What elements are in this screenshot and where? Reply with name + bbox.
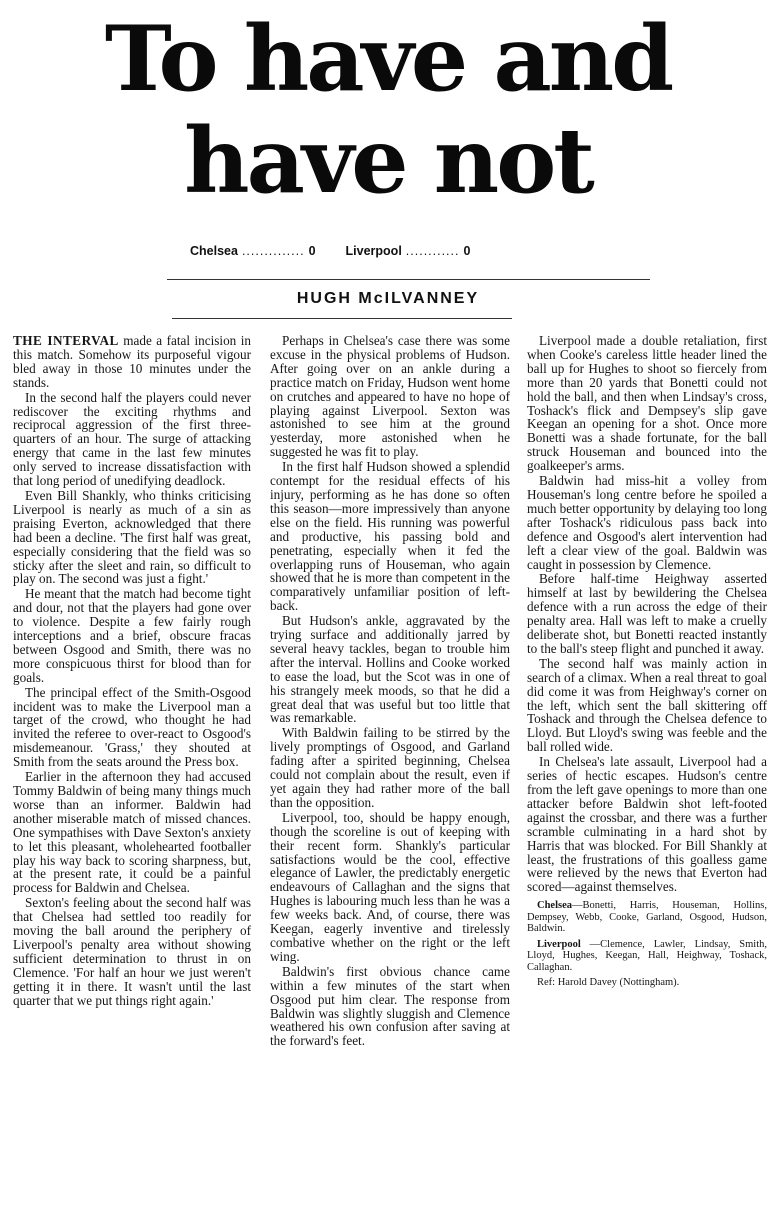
- referee: Ref: Harold Davey (Nottingham).: [527, 977, 767, 989]
- paragraph: Liverpool made a double retaliation, fir…: [527, 334, 767, 473]
- article-column-3: Liverpool made a double retaliation, fir…: [527, 334, 767, 993]
- team-lineups: Chelsea—Bonetti, Harris, Houseman, Holli…: [527, 900, 767, 989]
- article-column-2: Perhaps in Chelsea's case there was some…: [270, 334, 510, 1049]
- home-team-name: Chelsea: [190, 244, 238, 258]
- match-score: Chelsea .............. 0 Liverpool .....…: [190, 244, 630, 258]
- paragraph: THE INTERVAL made a fatal incision in th…: [13, 334, 251, 390]
- headline-line-1: To have and: [0, 8, 776, 110]
- byline: HUGH McILVANNEY: [0, 290, 776, 308]
- paragraph: With Baldwin failing to be stirred by th…: [270, 726, 510, 809]
- home-team-score: Chelsea .............. 0: [190, 244, 316, 258]
- paragraph: Liverpool, too, should be happy enough, …: [270, 811, 510, 964]
- away-team-name: Liverpool: [346, 244, 402, 258]
- headline: To have and have not: [0, 0, 776, 212]
- paragraph: In the second half the players could nev…: [13, 391, 251, 488]
- away-team-score: Liverpool ............ 0: [346, 244, 471, 258]
- divider-top: [167, 279, 650, 280]
- paragraph: He meant that the match had become tight…: [13, 587, 251, 684]
- headline-line-2: have not: [0, 110, 776, 212]
- paragraph: Sexton's feeling about the second half w…: [13, 896, 251, 1007]
- liverpool-lineup: Liverpool —Clemence, Lawler, Lindsay, Sm…: [527, 939, 767, 974]
- paragraph: Baldwin had miss-hit a volley from House…: [527, 474, 767, 571]
- paragraph: Perhaps in Chelsea's case there was some…: [270, 334, 510, 459]
- paragraph: But Hudson's ankle, aggravated by the tr…: [270, 614, 510, 725]
- paragraph: Before half-time Heighway asserted himse…: [527, 572, 767, 655]
- paragraph: In the first half Hudson showed a splend…: [270, 460, 510, 613]
- away-score: 0: [463, 244, 470, 258]
- paragraph: In Chelsea's late assault, Liverpool had…: [527, 755, 767, 894]
- paragraph: Even Bill Shankly, who thinks criticisin…: [13, 489, 251, 586]
- home-score: 0: [309, 244, 316, 258]
- chelsea-lineup: Chelsea—Bonetti, Harris, Houseman, Holli…: [527, 900, 767, 935]
- paragraph: The principal effect of the Smith-Osgood…: [13, 686, 251, 769]
- article-column-1: THE INTERVAL made a fatal incision in th…: [13, 334, 251, 1009]
- paragraph: The second half was mainly action in sea…: [527, 657, 767, 754]
- paragraph: Earlier in the afternoon they had accuse…: [13, 770, 251, 895]
- home-dots: ..............: [242, 244, 305, 258]
- away-dots: ............: [406, 244, 460, 258]
- divider-bottom: [172, 318, 512, 319]
- paragraph: Baldwin's first obvious chance came with…: [270, 965, 510, 1048]
